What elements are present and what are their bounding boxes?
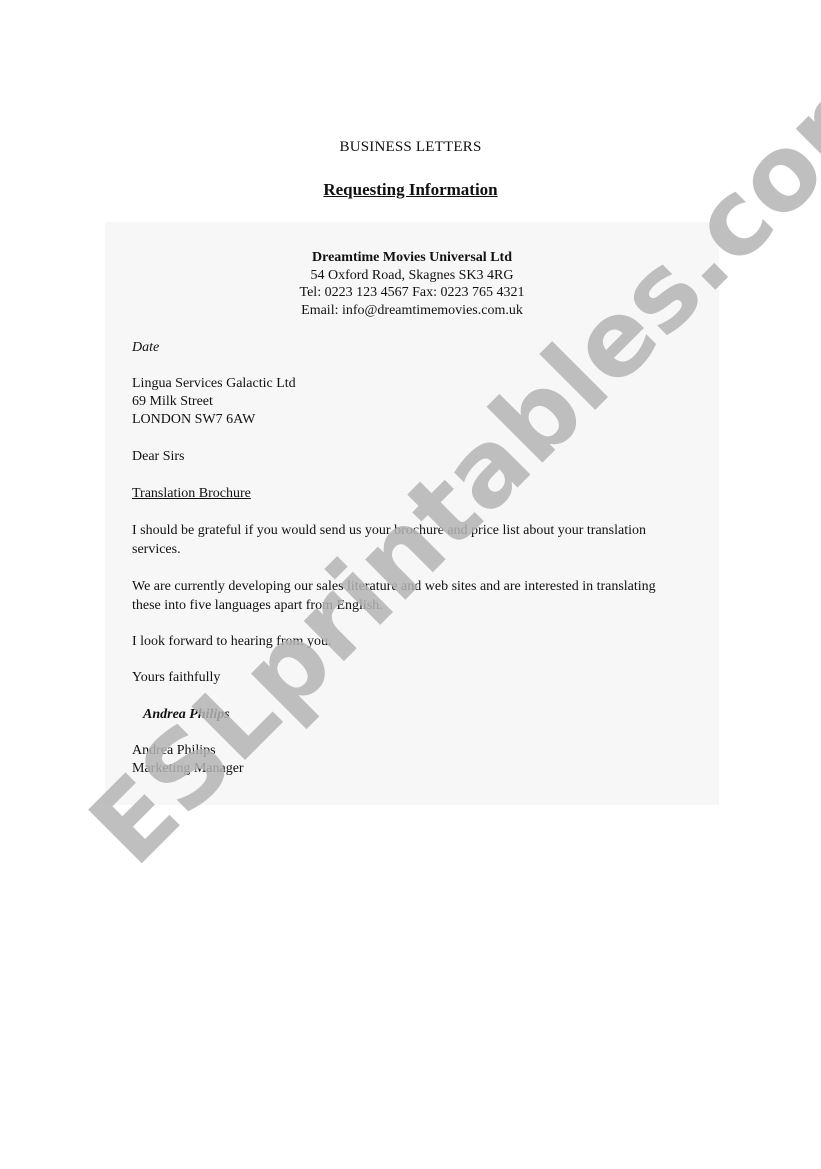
sender-address: 54 Oxford Road, Skagnes SK3 4RG: [105, 267, 719, 285]
sender-letterhead: Dreamtime Movies Universal Ltd 54 Oxford…: [105, 249, 719, 319]
body-paragraph-2: We are currently developing our sales li…: [132, 577, 672, 615]
letter-date: Date: [132, 339, 159, 357]
document-title: Requesting Information: [0, 180, 821, 200]
sender-phone-fax: Tel: 0223 123 4567 Fax: 0223 765 4321: [105, 284, 719, 302]
signatory-title: Marketing Manager: [132, 760, 244, 778]
body-paragraph-1: I should be grateful if you would send u…: [132, 521, 672, 559]
recipient-city: LONDON SW7 6AW: [132, 411, 255, 429]
document-type-heading: BUSINESS LETTERS: [0, 139, 821, 156]
sender-email: Email: info@dreamtimemovies.com.uk: [105, 302, 719, 320]
body-paragraph-3: I look forward to hearing from you.: [132, 632, 672, 651]
signature: Andrea Philips: [143, 706, 230, 724]
recipient-street: 69 Milk Street: [132, 393, 213, 411]
recipient-company: Lingua Services Galactic Ltd: [132, 375, 296, 393]
closing: Yours faithfully: [132, 669, 220, 687]
sender-company: Dreamtime Movies Universal Ltd: [105, 249, 719, 267]
salutation: Dear Sirs: [132, 448, 185, 466]
signatory-name: Andrea Philips: [132, 742, 216, 760]
letter-subject: Translation Brochure: [132, 485, 251, 503]
letter-panel: Dreamtime Movies Universal Ltd 54 Oxford…: [105, 222, 719, 805]
